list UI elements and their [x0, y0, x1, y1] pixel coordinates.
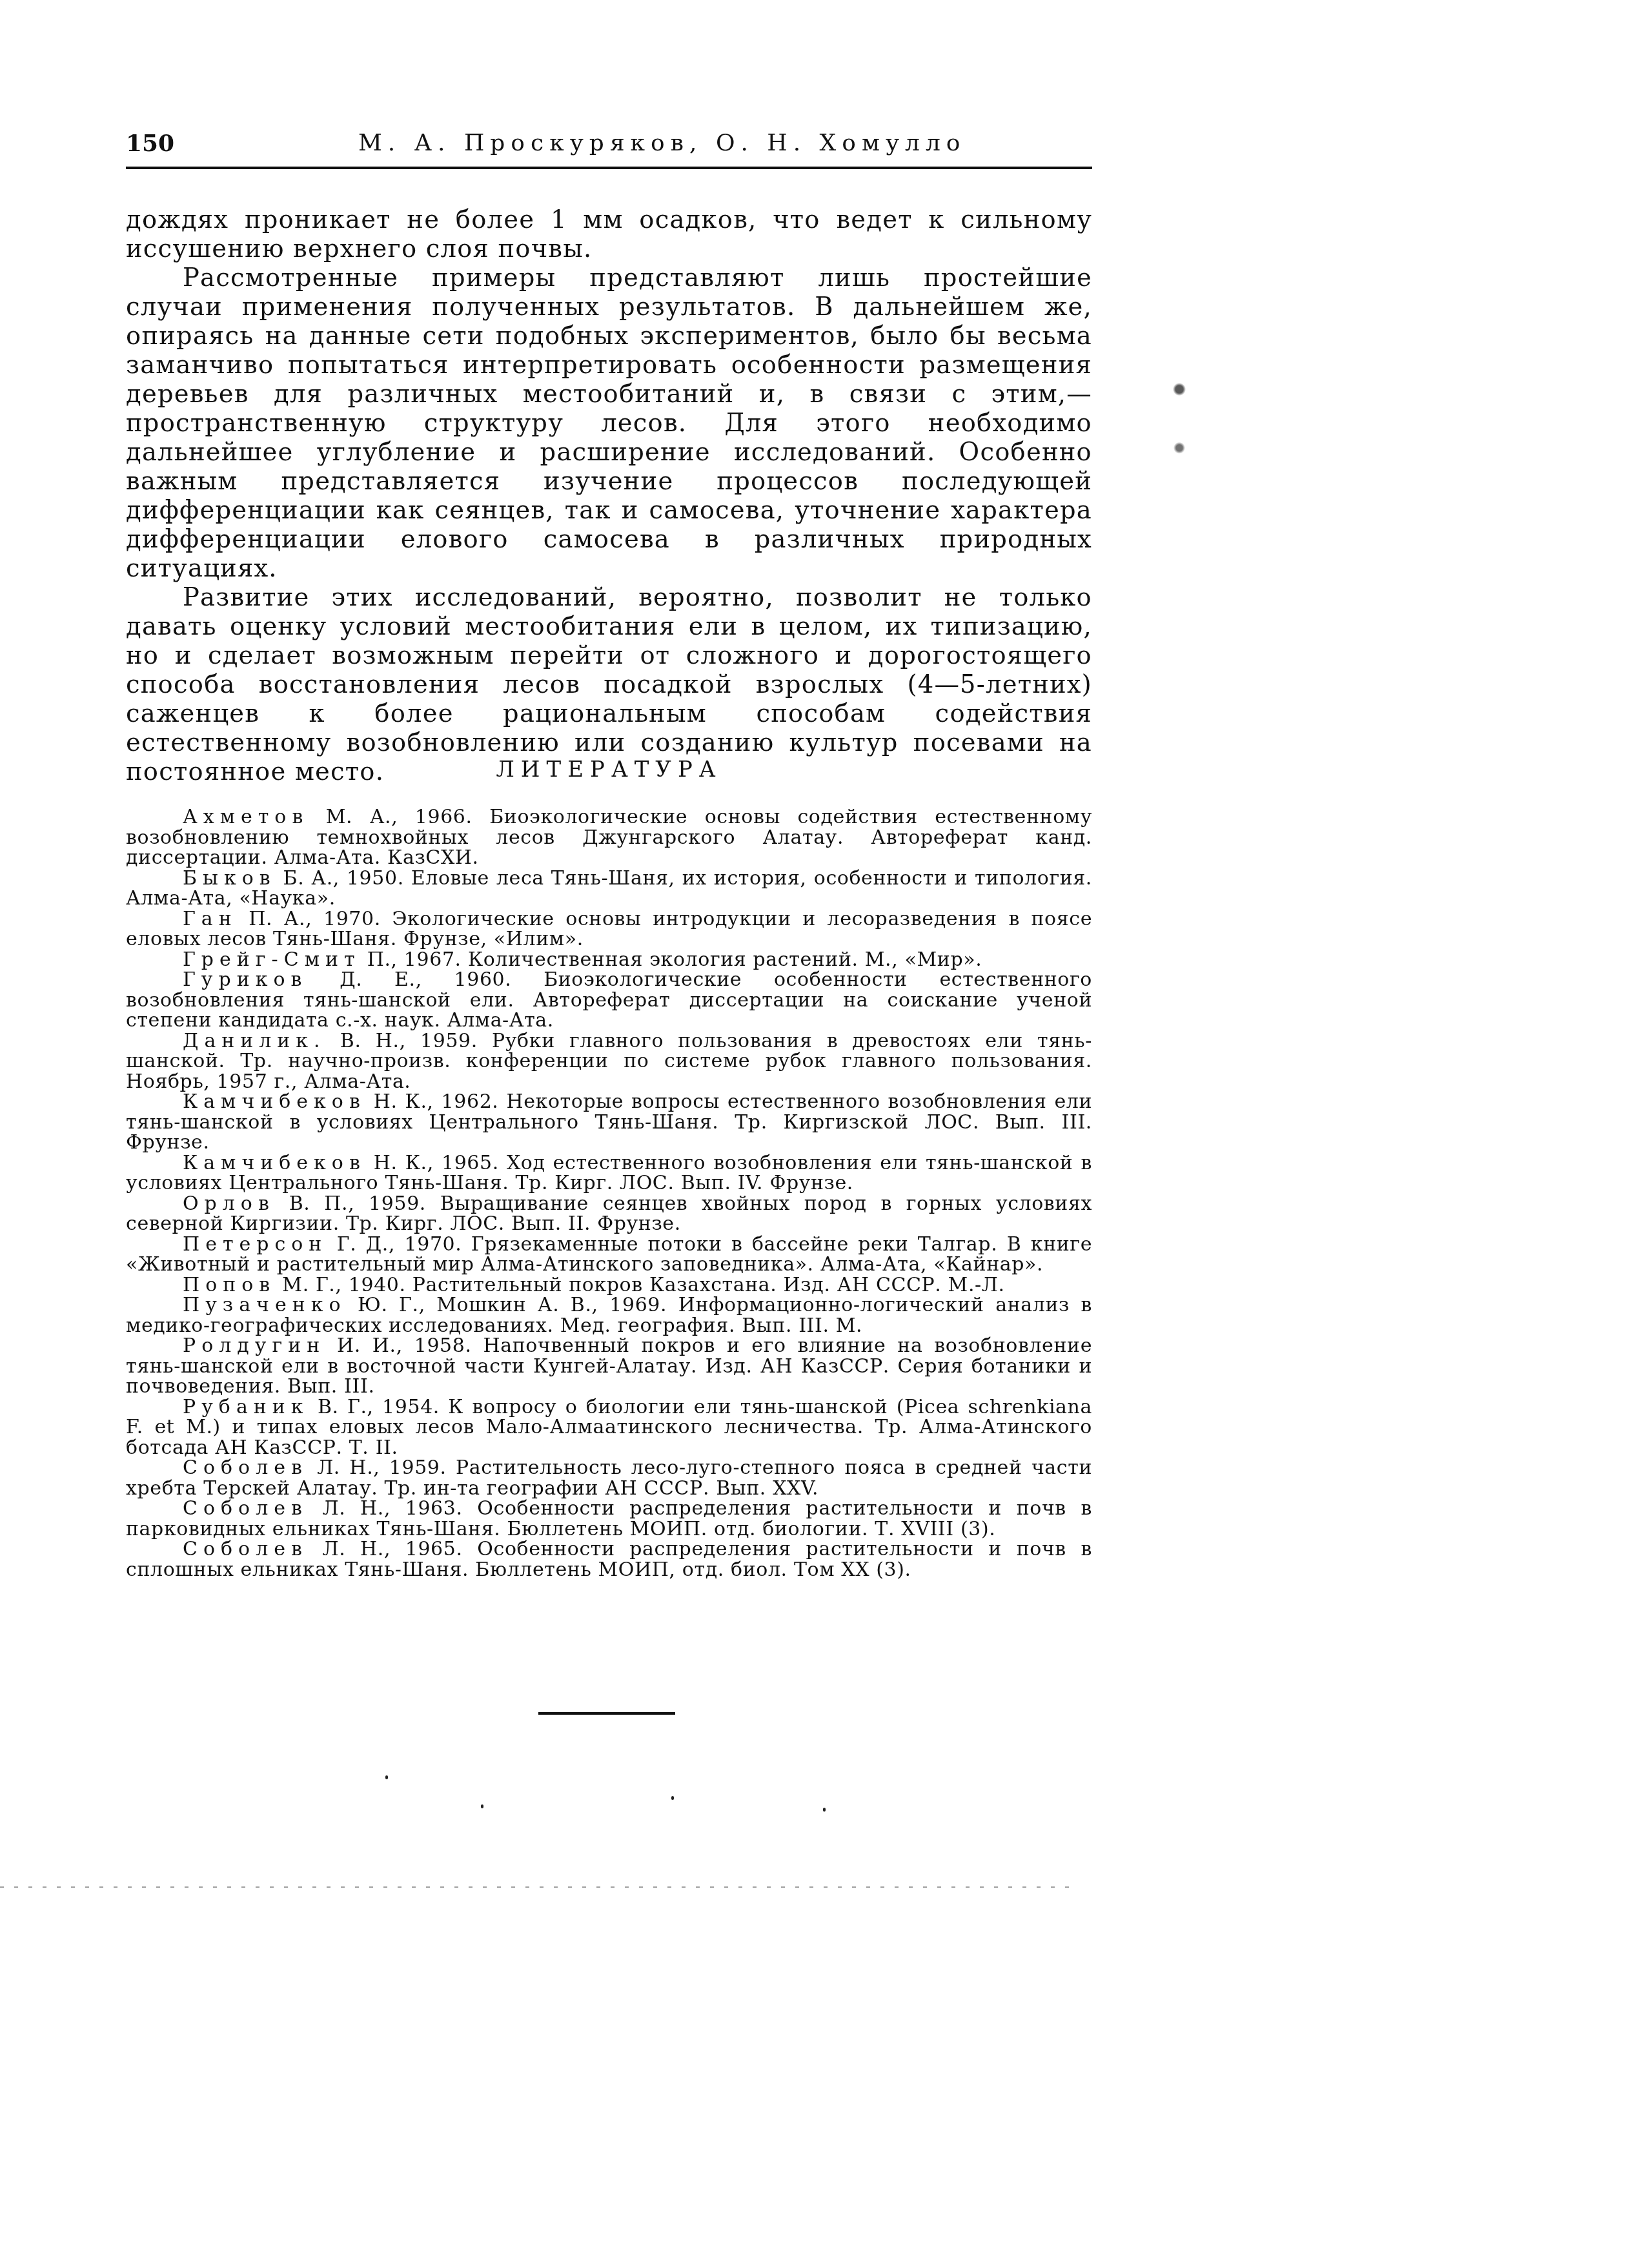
- entry-author: Ахметов: [183, 806, 309, 828]
- bibliography-entry: Ахметов М. А., 1966. Биоэкологические ос…: [126, 807, 1092, 868]
- scan-speck: [385, 1775, 388, 1779]
- bibliography-entry: Камчибеков Н. К., 1965. Ход естественног…: [126, 1153, 1092, 1194]
- bibliography-entry: Петерсон Г. Д., 1970. Грязекаменные пото…: [126, 1234, 1092, 1275]
- entry-author: Соболев: [183, 1497, 308, 1520]
- bibliography-entry: Данилик. В. Н., 1959. Рубки главного пол…: [126, 1031, 1092, 1092]
- end-of-article-rule: [538, 1712, 675, 1715]
- bibliography-entry: Ган П. А., 1970. Экологические основы ин…: [126, 909, 1092, 950]
- entry-author: Орлов: [183, 1192, 275, 1215]
- entry-author: Камчибеков: [183, 1090, 366, 1113]
- entry-author: Попов: [183, 1274, 276, 1296]
- entry-author: Соболев: [183, 1538, 308, 1560]
- entry-author: Пузаченко: [183, 1294, 346, 1316]
- running-head-authors: М. А. Проскуряков, О. Н. Хомулло: [358, 130, 966, 156]
- body-text: дождях проникает не более 1 мм осадков, …: [126, 205, 1092, 786]
- bibliography-entry: Соболев Л. Н., 1963. Особенности распред…: [126, 1498, 1092, 1539]
- paragraph: Рассмотренные примеры представляют лишь …: [126, 263, 1092, 583]
- bibliography-entry: Попов М. Г., 1940. Растительный покров К…: [126, 1275, 1092, 1296]
- scan-speck: [671, 1796, 674, 1800]
- entry-author: Соболев: [183, 1456, 308, 1479]
- bibliography-entry: Быков Б. А., 1950. Еловые леса Тянь-Шаня…: [126, 868, 1092, 909]
- entry-author: Ган: [183, 908, 238, 930]
- entry-author: Грейг-Смит: [183, 948, 361, 971]
- scan-noise-line: [0, 1886, 1072, 1888]
- entry-author: Данилик.: [183, 1030, 326, 1052]
- entry-author: Рубаник: [183, 1396, 309, 1418]
- bibliography-entry: Рубаник В. Г., 1954. К вопросу о биологи…: [126, 1397, 1092, 1458]
- bibliography-entry: Соболев Л. Н., 1959. Растительность лесо…: [126, 1458, 1092, 1498]
- bibliography-entry: Соболев Л. Н., 1965. Особенности распред…: [126, 1539, 1092, 1580]
- bibliography-entry: Гуриков Д. Е., 1960. Биоэкологические ос…: [126, 970, 1092, 1031]
- header-rule: [126, 167, 1092, 169]
- scan-speck: [481, 1804, 483, 1808]
- entry-author: Ролдугин: [183, 1334, 325, 1357]
- entry-author: Камчибеков: [183, 1152, 366, 1174]
- paragraph: дождях проникает не более 1 мм осадков, …: [126, 205, 1092, 263]
- literature-heading: ЛИТЕРАТУРА: [126, 757, 1092, 782]
- bibliography-entry: Камчибеков Н. К., 1962. Некоторые вопрос…: [126, 1092, 1092, 1153]
- bibliography-entry: Пузаченко Ю. Г., Мошкин А. В., 1969. Инф…: [126, 1295, 1092, 1336]
- entry-details: П. А., 1970. Экологические основы интрод…: [126, 908, 1092, 951]
- paragraph: Развитие этих исследований, вероятно, по…: [126, 583, 1092, 786]
- entry-author: Петерсон: [183, 1233, 327, 1256]
- page-header: 150 М. А. Проскуряков, О. Н. Хомулло: [126, 126, 1092, 166]
- scan-speck: [823, 1808, 826, 1812]
- bibliography-entry: Грейг-Смит П., 1967. Количественная экол…: [126, 950, 1092, 970]
- page-number: 150: [126, 130, 174, 157]
- bibliography-entry: Орлов В. П., 1959. Выращивание сеянцев х…: [126, 1194, 1092, 1234]
- entry-author: Быков: [183, 867, 276, 890]
- entry-author: Гуриков: [183, 968, 307, 991]
- entry-details: М. Г., 1940. Растительный покров Казахст…: [276, 1274, 1004, 1296]
- bibliography: Ахметов М. А., 1966. Биоэкологические ос…: [126, 807, 1092, 1580]
- bibliography-entry: Ролдугин И. И., 1958. Напочвенный покров…: [126, 1336, 1092, 1397]
- entry-details: П., 1967. Количественная экология растен…: [361, 948, 982, 971]
- scan-speck: [1170, 368, 1189, 475]
